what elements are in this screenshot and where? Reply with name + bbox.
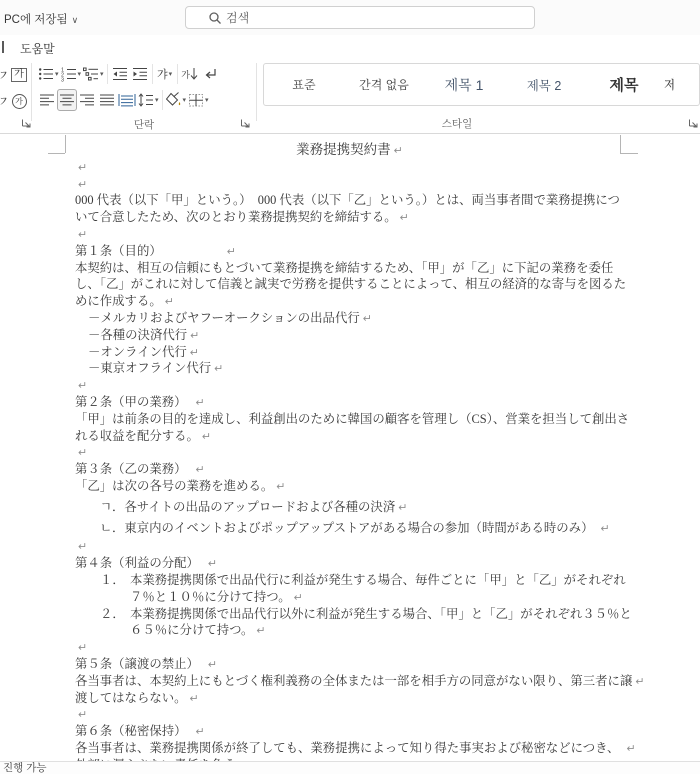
doc-line: 各当事者は、業務提携関係が終了しても、業務提携によって知り得た事実および秘密など…: [75, 740, 624, 757]
style-item-label: 제목: [610, 74, 639, 95]
asian-layout-icon: 갸: [157, 66, 168, 82]
asian-layout-button[interactable]: 갸 ▾: [155, 63, 175, 85]
paragraph-mark: ↵: [208, 659, 217, 671]
paragraph-mark: ↵: [363, 313, 372, 325]
increase-indent-button[interactable]: [130, 63, 150, 85]
chevron-down-icon: ▾: [205, 96, 209, 104]
chevron-down-icon: ▾: [78, 70, 82, 78]
paragraph-mark: ↵: [208, 558, 217, 570]
doc-line-text: 渡してはならない。: [75, 691, 187, 705]
list-number: ２．: [100, 606, 130, 623]
style-item-label: 제목 2: [527, 76, 562, 94]
doc-line-text: 第１条（目的）: [75, 244, 162, 258]
doc-line-text: いて合意したため、次のとおり業務提携契約を締結する。: [75, 210, 397, 224]
doc-line-text: ㄱ．各サイトの出品のアップロードおよび各種の決済: [100, 500, 395, 514]
paragraph-dialog-launcher[interactable]: [240, 118, 251, 129]
borders-button[interactable]: ▾: [187, 89, 210, 111]
enclose-characters-icon: 가: [12, 94, 27, 109]
paragraph-mark: ↵: [196, 726, 205, 738]
styles-gallery: 표준간격 없음제목 1제목 2제목제: [263, 63, 700, 106]
doc-line-text: －東京オフライン代行: [88, 361, 211, 375]
paragraph-mark: ↵: [78, 541, 87, 553]
doc-line-text: －各種の決済代行: [88, 328, 187, 342]
clipped-menu-item[interactable]: [2, 41, 4, 53]
paragraph-mark: ↵: [398, 502, 407, 514]
chevron-down-icon: ▾: [155, 96, 159, 104]
paragraph-mark: ↵: [626, 743, 635, 755]
doc-line: めに作成する。↵: [75, 293, 624, 310]
doc-line: 000 代表（以下「甲」という。） 000 代表（以下「乙」という。）とは、両当…: [75, 192, 624, 209]
doc-line: 業務提携契約書↵: [75, 142, 624, 159]
doc-line-text: ㄴ．東京内のイベントおよびポップアップストアがある場合の参加（時間がある時のみ）: [100, 521, 593, 535]
doc-line: 第３条（乙の業務）↵: [75, 461, 624, 478]
style-item-label: 제: [664, 75, 674, 95]
chevron-down-icon: ▾: [100, 70, 104, 78]
style-item-normal[interactable]: 표준: [264, 64, 344, 105]
doc-line-text: 第３条（乙の業務）: [75, 462, 187, 476]
doc-line-text: 本契約は、相互の信頼にもとづいて業務提携を締結するため、「甲」が「乙」に下記の業…: [75, 261, 613, 275]
doc-line: 渡してはならない。↵: [75, 690, 624, 707]
divider: [107, 64, 108, 84]
styles-group-label: 스타일: [257, 116, 657, 131]
doc-line-text: 本業務提携関係で出品代行以外に利益が発生する場合、「甲」と「乙」がそれぞれ３５％…: [130, 607, 632, 621]
doc-line-text: 000 代表（以下「甲」という。） 000 代表（以下「乙」という。）とは、両当…: [75, 193, 620, 207]
paragraph-mark: ↵: [276, 481, 285, 493]
doc-line-text: 「甲」は前条の目的を達成し、利益創出のために韓国の顧客を管理し（CS）、営業を担…: [75, 412, 629, 426]
title-bar: PC에 저장됨∨ 검색: [0, 0, 700, 35]
doc-line-text: めに作成する。: [75, 294, 162, 308]
paragraph-mark: ↵: [196, 464, 205, 476]
paragraph-mark: ↵: [78, 447, 87, 459]
doc-line: 第５条（譲渡の禁止）↵: [75, 656, 624, 673]
doc-line-text: 第２条（甲の業務）: [75, 395, 187, 409]
list-number: １．: [100, 572, 130, 589]
align-right-button[interactable]: [77, 89, 97, 111]
doc-line: －各種の決済代行↵: [75, 327, 624, 344]
numbered-list-button[interactable]: 123 ▾: [60, 63, 83, 85]
divider: [177, 64, 178, 84]
group-divider: [31, 63, 32, 121]
styles-dialog-launcher[interactable]: [688, 118, 699, 129]
chevron-down-icon: ▾: [169, 70, 173, 78]
doc-line: 本契約は、相互の信頼にもとづいて業務提携を締結するため、「甲」が「乙」に下記の業…: [75, 260, 624, 277]
doc-line: 第２条（甲の業務）↵: [75, 394, 624, 411]
search-input[interactable]: 검색: [185, 6, 535, 29]
doc-line: 「甲」は前条の目的を達成し、利益創出のために韓国の顧客を管理し（CS）、営業を担…: [75, 411, 624, 428]
paragraph-mark: ↵: [214, 363, 223, 375]
doc-line: 第１条（目的）↵: [75, 243, 624, 260]
paragraph-mark: ↵: [294, 592, 303, 604]
search-placeholder: 검색: [226, 9, 249, 26]
decrease-indent-button[interactable]: [110, 63, 130, 85]
save-status-label: PC에 저장됨: [4, 14, 68, 26]
doc-line-text: 各当事者は、本契約上にもとづく権利義務の全体または一部を相手方の同意がない限り、…: [75, 674, 632, 688]
text-boundary-mark: [65, 135, 66, 153]
doc-line: 「乙」は次の各号の業務を進める。↵: [75, 478, 624, 495]
doc-line: －オンライン代行↵: [75, 344, 624, 361]
paragraph-mark: ↵: [78, 229, 87, 241]
document-page[interactable]: 業務提携契約書↵↵↵000 代表（以下「甲」という。） 000 代表（以下「乙」…: [0, 135, 700, 761]
doc-line: ㄱ．各サイトの出品のアップロードおよび各種の決済↵: [75, 499, 624, 516]
clipped-font-icon-bottom[interactable]: 가: [0, 93, 7, 109]
paragraph-mark: ↵: [600, 523, 609, 535]
doc-line-text: れる収益を配分する。: [75, 429, 199, 443]
accessibility-status[interactable]: 진행 가능: [3, 762, 47, 774]
chevron-down-icon: ∨: [72, 15, 79, 25]
doc-line: －メルカリおよびヤフーオークションの出品代行↵: [75, 310, 624, 327]
doc-lines: 業務提携契約書↵↵↵000 代表（以下「甲」という。） 000 代表（以下「乙」…: [75, 142, 624, 761]
paragraph-mark: ↵: [202, 431, 211, 443]
paragraph-mark: ↵: [78, 380, 87, 392]
paragraph-mark: ↵: [190, 347, 199, 359]
paragraph-mark: ↵: [400, 212, 409, 224]
clipped-font-icon-top[interactable]: 가: [0, 67, 7, 83]
doc-line: 第６条（秘密保持）↵: [75, 723, 624, 740]
style-item-h1[interactable]: 제목 1: [424, 64, 504, 105]
align-center-button[interactable]: [57, 89, 77, 111]
doc-line: ↵: [75, 176, 624, 193]
divider: [162, 90, 163, 110]
show-formatting-marks-button[interactable]: [200, 63, 220, 85]
paragraph-mark: ↵: [165, 296, 174, 308]
search-icon: [208, 11, 222, 25]
paragraph-mark: ↵: [394, 145, 403, 157]
multilevel-list-button[interactable]: ▾: [82, 63, 105, 85]
doc-line-text: 第６条（秘密保持）: [75, 724, 187, 738]
doc-line-text: 各当事者は、業務提携関係が終了しても、業務提携によって知り得た事実および秘密など…: [75, 741, 619, 755]
doc-line: 各当事者は、本契約上にもとづく権利義務の全体または一部を相手方の同意がない限り、…: [75, 673, 624, 690]
style-item-h2[interactable]: 제목 2: [504, 64, 584, 105]
paragraph-mark: ↵: [78, 709, 87, 721]
doc-line: ６５％に分けて持つ。↵: [75, 622, 624, 639]
doc-line-text: ７％と１０％に分けて持つ。: [130, 590, 291, 604]
doc-line: し、「乙」がこれに対して信義と誠実で労務を提供することによって、相互の経済的な寄…: [75, 276, 624, 293]
style-item-nospace[interactable]: 간격 없음: [344, 64, 424, 105]
divider: [152, 64, 153, 84]
doc-line-text: 第５条（譲渡の禁止）: [75, 657, 199, 671]
save-status[interactable]: PC에 저장됨∨: [4, 11, 78, 27]
distribute-text-button[interactable]: [117, 89, 137, 111]
doc-line-text: ６５％に分けて持つ。: [130, 623, 253, 637]
menu-bar: 도움말: [0, 35, 700, 58]
doc-line: ↵: [75, 377, 624, 394]
paragraph-group-label: 단락: [33, 117, 255, 132]
line-spacing-button[interactable]: ▾: [137, 89, 160, 111]
doc-line-text: 第４条（利益の分配）: [75, 556, 199, 570]
doc-line: いて合意したため、次のとおり業務提携契約を締結する。↵: [75, 209, 624, 226]
chevron-down-icon: ▾: [55, 70, 59, 78]
doc-line-text: 業務提携契約書: [296, 142, 391, 157]
doc-line: ７％と１０％に分けて持つ。↵: [75, 589, 624, 606]
paragraph-mark: ↵: [78, 162, 87, 174]
doc-line: ↵: [75, 444, 624, 461]
doc-line: 第４条（利益の分配）↵: [75, 555, 624, 572]
doc-line: ↵: [75, 706, 624, 723]
paragraph-mark: ↵: [190, 693, 199, 705]
bullet-list-button[interactable]: ▾: [37, 63, 60, 85]
paragraph-mark: ↵: [196, 397, 205, 409]
doc-line-text: 「乙」は次の各号の業務を進める。: [75, 479, 273, 493]
doc-line: １．本業務提携関係で出品代行に利益が発生する場合、毎件ごとに「甲」と「乙」がそれ…: [75, 572, 624, 589]
doc-line: ㄴ．東京内のイベントおよびポップアップストアがある場合の参加（時間がある時のみ）…: [75, 520, 624, 537]
doc-line: ↵: [75, 159, 624, 176]
doc-line-text: 本業務提携関係で出品代行に利益が発生する場合、毎件ごとに「甲」と「乙」がそれぞれ: [130, 573, 626, 587]
paragraph-group: ▾ 123 ▾ ▾ 갸 ▾ 가: [33, 58, 255, 134]
group-divider: [256, 63, 257, 121]
menu-item-help[interactable]: 도움말: [16, 38, 59, 59]
sort-button[interactable]: 가: [180, 63, 200, 85]
style-item-label: 표준: [292, 76, 315, 93]
paragraph-mark: ↵: [190, 330, 199, 342]
paragraph-mark: ↵: [227, 246, 236, 258]
doc-line-text: －メルカリおよびヤフーオークションの出品代行: [88, 311, 360, 325]
doc-line: －東京オフライン代行↵: [75, 360, 624, 377]
doc-line: ↵: [75, 226, 624, 243]
justify-button[interactable]: [97, 89, 117, 111]
chevron-down-icon: ▾: [183, 96, 187, 104]
doc-line-text: し、「乙」がこれに対して信義と誠実で労務を提供することによって、相互の経済的な寄…: [75, 277, 626, 291]
text-boundary-mark: [48, 153, 65, 154]
style-item-label: 간격 없음: [359, 76, 409, 93]
ribbon: 가 가 가 가 ▾ 123 ▾ ▾: [0, 58, 700, 134]
svg-text:3: 3: [61, 78, 64, 83]
paragraph-mark: ↵: [78, 179, 87, 191]
shading-button[interactable]: ▾: [165, 89, 188, 111]
align-left-button[interactable]: [37, 89, 57, 111]
paragraph-mark: ↵: [635, 676, 644, 688]
doc-line: れる収益を配分する。↵: [75, 428, 624, 445]
style-item-label: 제목 1: [445, 75, 484, 95]
doc-line: ↵: [75, 538, 624, 555]
status-bar: 진행 가능: [0, 761, 700, 774]
character-border-icon: 가: [11, 68, 27, 82]
style-item-partial[interactable]: 제: [664, 64, 674, 105]
enclose-characters-button[interactable]: 가: [9, 91, 29, 111]
paragraph-mark: ↵: [78, 642, 87, 654]
paragraph-mark: ↵: [256, 625, 265, 637]
character-border-button[interactable]: 가: [9, 65, 29, 85]
doc-line: ↵: [75, 639, 624, 656]
doc-line-text: －オンライン代行: [88, 345, 187, 359]
style-item-titlestyle[interactable]: 제목: [584, 64, 664, 105]
sort-icon: 가: [181, 68, 190, 81]
doc-line: ２．本業務提携関係で出品代行以外に利益が発生する場合、「甲」と「乙」がそれぞれ３…: [75, 606, 624, 623]
